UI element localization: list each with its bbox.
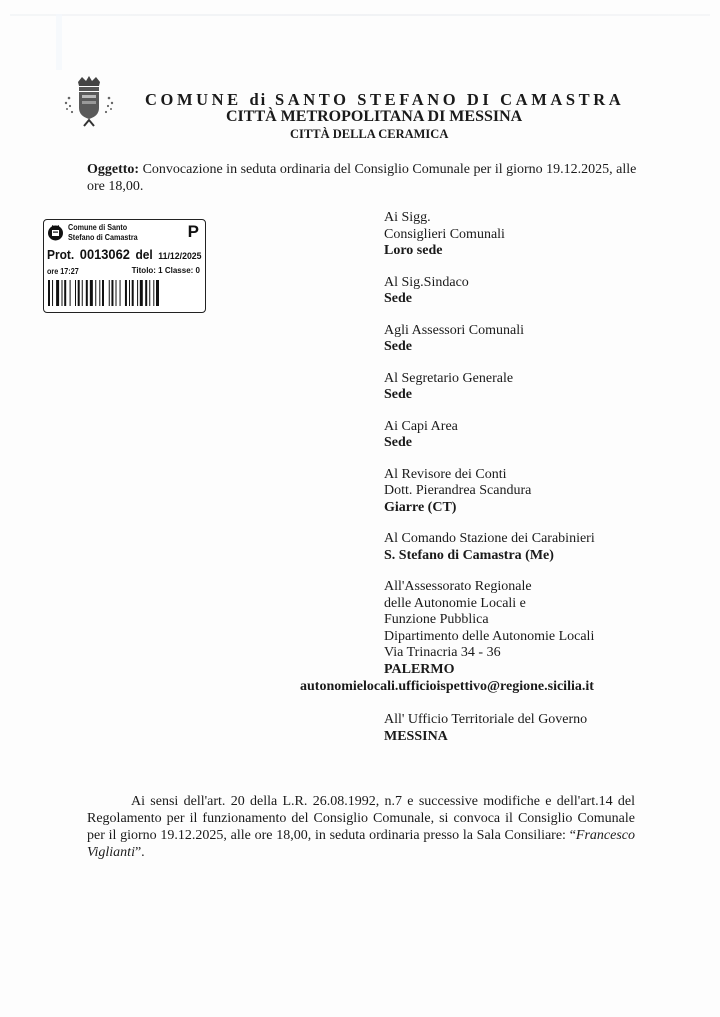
recipient-line: Al Sig.Sindaco [384, 275, 704, 292]
recipient-line: Dipartimento delle Autonomie Locali [384, 629, 704, 646]
barcode-icon [48, 280, 198, 306]
protocol-date: 11/12/2025 [158, 251, 201, 262]
emblem-icon [47, 224, 64, 241]
recipient-location: Sede [384, 435, 704, 452]
subject-label: Oggetto: [87, 162, 139, 177]
body-paragraph: Ai sensi dell'art. 20 della L.R. 26.08.1… [87, 793, 635, 861]
recipient-location: Sede [384, 387, 704, 404]
recipient-block: All' Ufficio Territoriale del Governo ME… [384, 712, 587, 745]
coat-of-arms-icon [60, 74, 118, 128]
scan-artifact [10, 14, 710, 16]
recipient-email[interactable]: autonomielocali.ufficioispettivo@regione… [300, 679, 594, 695]
recipient-block: Al Segretario GeneraleSede [384, 371, 704, 404]
municipality-title: COMUNE di SANTO STEFANO DI CAMASTRA [145, 90, 620, 110]
recipient-location: S. Stefano di Camastra (Me) [384, 548, 704, 565]
recipient-line: Funzione Pubblica [384, 612, 704, 629]
metropolitan-city-title: CITTÀ METROPOLITANA DI MESSINA [226, 108, 522, 126]
recipient-block: Agli Assessori ComunaliSede [384, 323, 704, 356]
recipient-line: Agli Assessori Comunali [384, 323, 704, 340]
recipient-line: delle Autonomie Locali e [384, 596, 704, 613]
recipient-line: Al Revisore dei Conti [384, 467, 704, 484]
recipient-line: Consiglieri Comunali [384, 227, 704, 244]
recipients-list: Ai Sigg.Consiglieri ComunaliLoro sedeAl … [384, 210, 704, 678]
stamp-organization: Comune di Santo Stefano di Camastra [68, 223, 138, 243]
recipient-line: Al Comando Stazione dei Carabinieri [384, 531, 704, 548]
recipient-block: Al Revisore dei ContiDott. Pierandrea Sc… [384, 467, 704, 517]
protocol-stamp: Comune di Santo Stefano di Camastra P Pr… [43, 219, 206, 313]
protocol-number-line: Prot.0013062del11/12/2025 [47, 246, 202, 262]
recipient-line: Ai Capi Area [384, 419, 704, 436]
recipient-line: Al Segretario Generale [384, 371, 704, 388]
recipient-block: Ai Sigg.Consiglieri ComunaliLoro sede [384, 210, 704, 260]
recipient-location: Sede [384, 291, 704, 308]
scan-artifact [56, 14, 62, 70]
recipient-line: Dott. Pierandrea Scandura [384, 483, 704, 500]
recipient-line: Via Trinacria 34 - 36 [384, 645, 704, 662]
recipient-line: All'Assessorato Regionale [384, 579, 704, 596]
recipient-location: PALERMO [384, 662, 704, 679]
subject-text: Convocazione in seduta ordinaria del Con… [87, 162, 636, 194]
document-page: COMUNE di SANTO STEFANO DI CAMASTRA CITT… [0, 0, 720, 1017]
recipient-line: Ai Sigg. [384, 210, 704, 227]
recipient-location: Giarre (CT) [384, 500, 704, 517]
recipient-block: Al Sig.SindacoSede [384, 275, 704, 308]
city-subtitle: CITTÀ DELLA CERAMICA [290, 127, 448, 142]
recipient-block: Ai Capi AreaSede [384, 419, 704, 452]
recipient-location: Loro sede [384, 243, 704, 260]
stamp-type: P [188, 222, 199, 242]
subject: Oggetto: Convocazione in seduta ordinari… [87, 161, 647, 195]
recipient-block: All'Assessorato Regionaledelle Autonomie… [384, 579, 704, 678]
protocol-number: 0013062 [80, 246, 130, 262]
protocol-classification: Titolo: 1 Classe: 0 [132, 266, 200, 275]
recipient-block: Al Comando Stazione dei CarabinieriS. St… [384, 531, 704, 564]
recipient-location: Sede [384, 339, 704, 356]
protocol-time: ore 17:27 [47, 266, 79, 276]
